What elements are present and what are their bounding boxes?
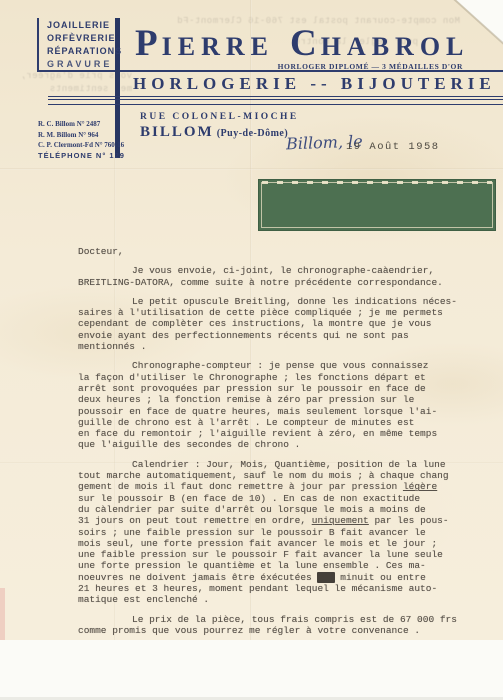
bleed-through-text: mes sentiments [0,84,132,94]
business-name-initial: P [135,23,162,64]
body-line: en face du remontoir ; l'aiguille revien… [78,428,480,439]
service-item: ORFÈVRERIE [47,32,122,45]
body-line: que l'aiguille des secondes de chrono . [78,439,480,450]
scan-background: Mon compte-courant postal est 760-16 Cle… [0,0,503,700]
body-line: une faible pression sur le poussoir F fa… [78,549,480,560]
body-paragraph: Le prix de la pièce, tous frais compris … [78,614,480,637]
letterhead-triple-rule [48,96,503,105]
body-line: comme promis que vous pourrez me régler … [78,625,480,636]
body-line: 31 jours on peut tout remettre en ordre,… [78,515,480,526]
body-line: du càlendrier par suite d'arrêt ou lorsq… [78,504,480,515]
body-line: Chronographe-compteur : je pense que vou… [78,360,480,371]
body-line: poussoir en face de quatre heures, mais … [78,406,480,417]
body-line: soirs ; une faible pression sur le pouss… [78,527,480,538]
business-name: PIERRECHABROL [135,22,469,65]
body-line: sur le poussoir B (en face de 10) . En c… [78,493,480,504]
body-paragraph: Je vous envoie, ci-joint, le chronograph… [78,265,480,288]
body-paragraph: Le petit opuscule Breitling, donne les i… [78,296,480,352]
street-address: RUE COLONEL-MIOCHE [140,112,299,122]
registration-line: C. P. Clermont-Fd N° 760-16 [38,140,125,151]
body-line: mentionnés . [78,341,480,352]
body-line: saires à l'utilisation de cette pièce co… [78,307,480,318]
body-paragraphs: Je vous envoie, ci-joint, le chronograph… [78,265,480,636]
body-line: cependant de complèter ces instructions,… [78,318,480,329]
registration-line: R. C. Billom N° 2487 [38,119,125,130]
service-item: RÉPARATIONS [47,45,122,58]
body-line: une forte pression le quantième et la lu… [78,560,480,571]
body-line: envoie ayant des perfectionnements récen… [78,330,480,341]
letter-body: Docteur, Je vous envoie, ci-joint, le ch… [78,246,480,644]
salutation: Docteur, [78,246,480,257]
body-line: guille de chrono est à l'arrêt . Le comp… [78,417,480,428]
letterhead-vertical-rule [37,18,39,71]
body-line: deux heures ; la fonction remise à zéro … [78,394,480,405]
body-line: mois seul, une forte pression fait avanc… [78,538,480,549]
body-line: la façon d'utiliser le Chronographe ; le… [78,372,480,383]
paper-crease [0,168,503,170]
city-line: BILLOM (Puy-de-Dôme) [140,123,288,141]
letter-paper: Mon compte-courant postal est 760-16 Cle… [0,0,503,640]
service-item: GRAVURE [47,58,122,71]
body-line: noeuvres ne doivent jamais être éxécutée… [78,572,480,583]
redaction-box [258,179,496,231]
city-name: BILLOM [140,124,214,140]
scan-edge-artifact [0,588,5,640]
body-paragraph: Calendrier : Jour, Mois, Quantième, posi… [78,459,480,606]
registration-line: R. M. Billom N° 964 [38,130,125,141]
dateline-date: 19 Août 1958 [346,141,440,153]
bleed-through-text: vous prie d'agréer, [0,71,132,81]
services-list: JOAILLERIE ORFÈVRERIE RÉPARATIONS GRAVUR… [47,19,122,71]
business-name-initial: C [290,23,321,64]
body-line: Le prix de la pièce, tous frais compris … [78,614,480,625]
registration-block: R. C. Billom N° 2487 R. M. Billom N° 964… [38,119,125,161]
body-line: 21 heures et 3 heures, moment pendant le… [78,583,480,594]
body-line: Je vous envoie, ci-joint, le chronograph… [78,265,480,276]
body-line: tout marche automatiquement, sauf le nom… [78,470,480,481]
body-line: gement de mois il faut donc remettre à j… [78,481,480,492]
body-line: Calendrier : Jour, Mois, Quantième, posi… [78,459,480,470]
credentials-line: HORLOGER DIPLOMÉ — 3 MÉDAILLES D'OR [245,62,463,71]
body-line: arrêt sont provoquées par pression sur l… [78,383,480,394]
body-line: matique est enclenché . [78,594,480,605]
service-item: JOAILLERIE [47,19,122,32]
body-paragraph: Chronographe-compteur : je pense que vou… [78,360,480,450]
trade-banner: HORLOGERIE -- BIJOUTERIE [133,74,495,94]
body-line: BREITLING-DATORA, comme suite à notre pr… [78,277,480,288]
body-line: Le petit opuscule Breitling, donne les i… [78,296,480,307]
registration-line: TÉLÉPHONE N° 129 [38,151,125,162]
